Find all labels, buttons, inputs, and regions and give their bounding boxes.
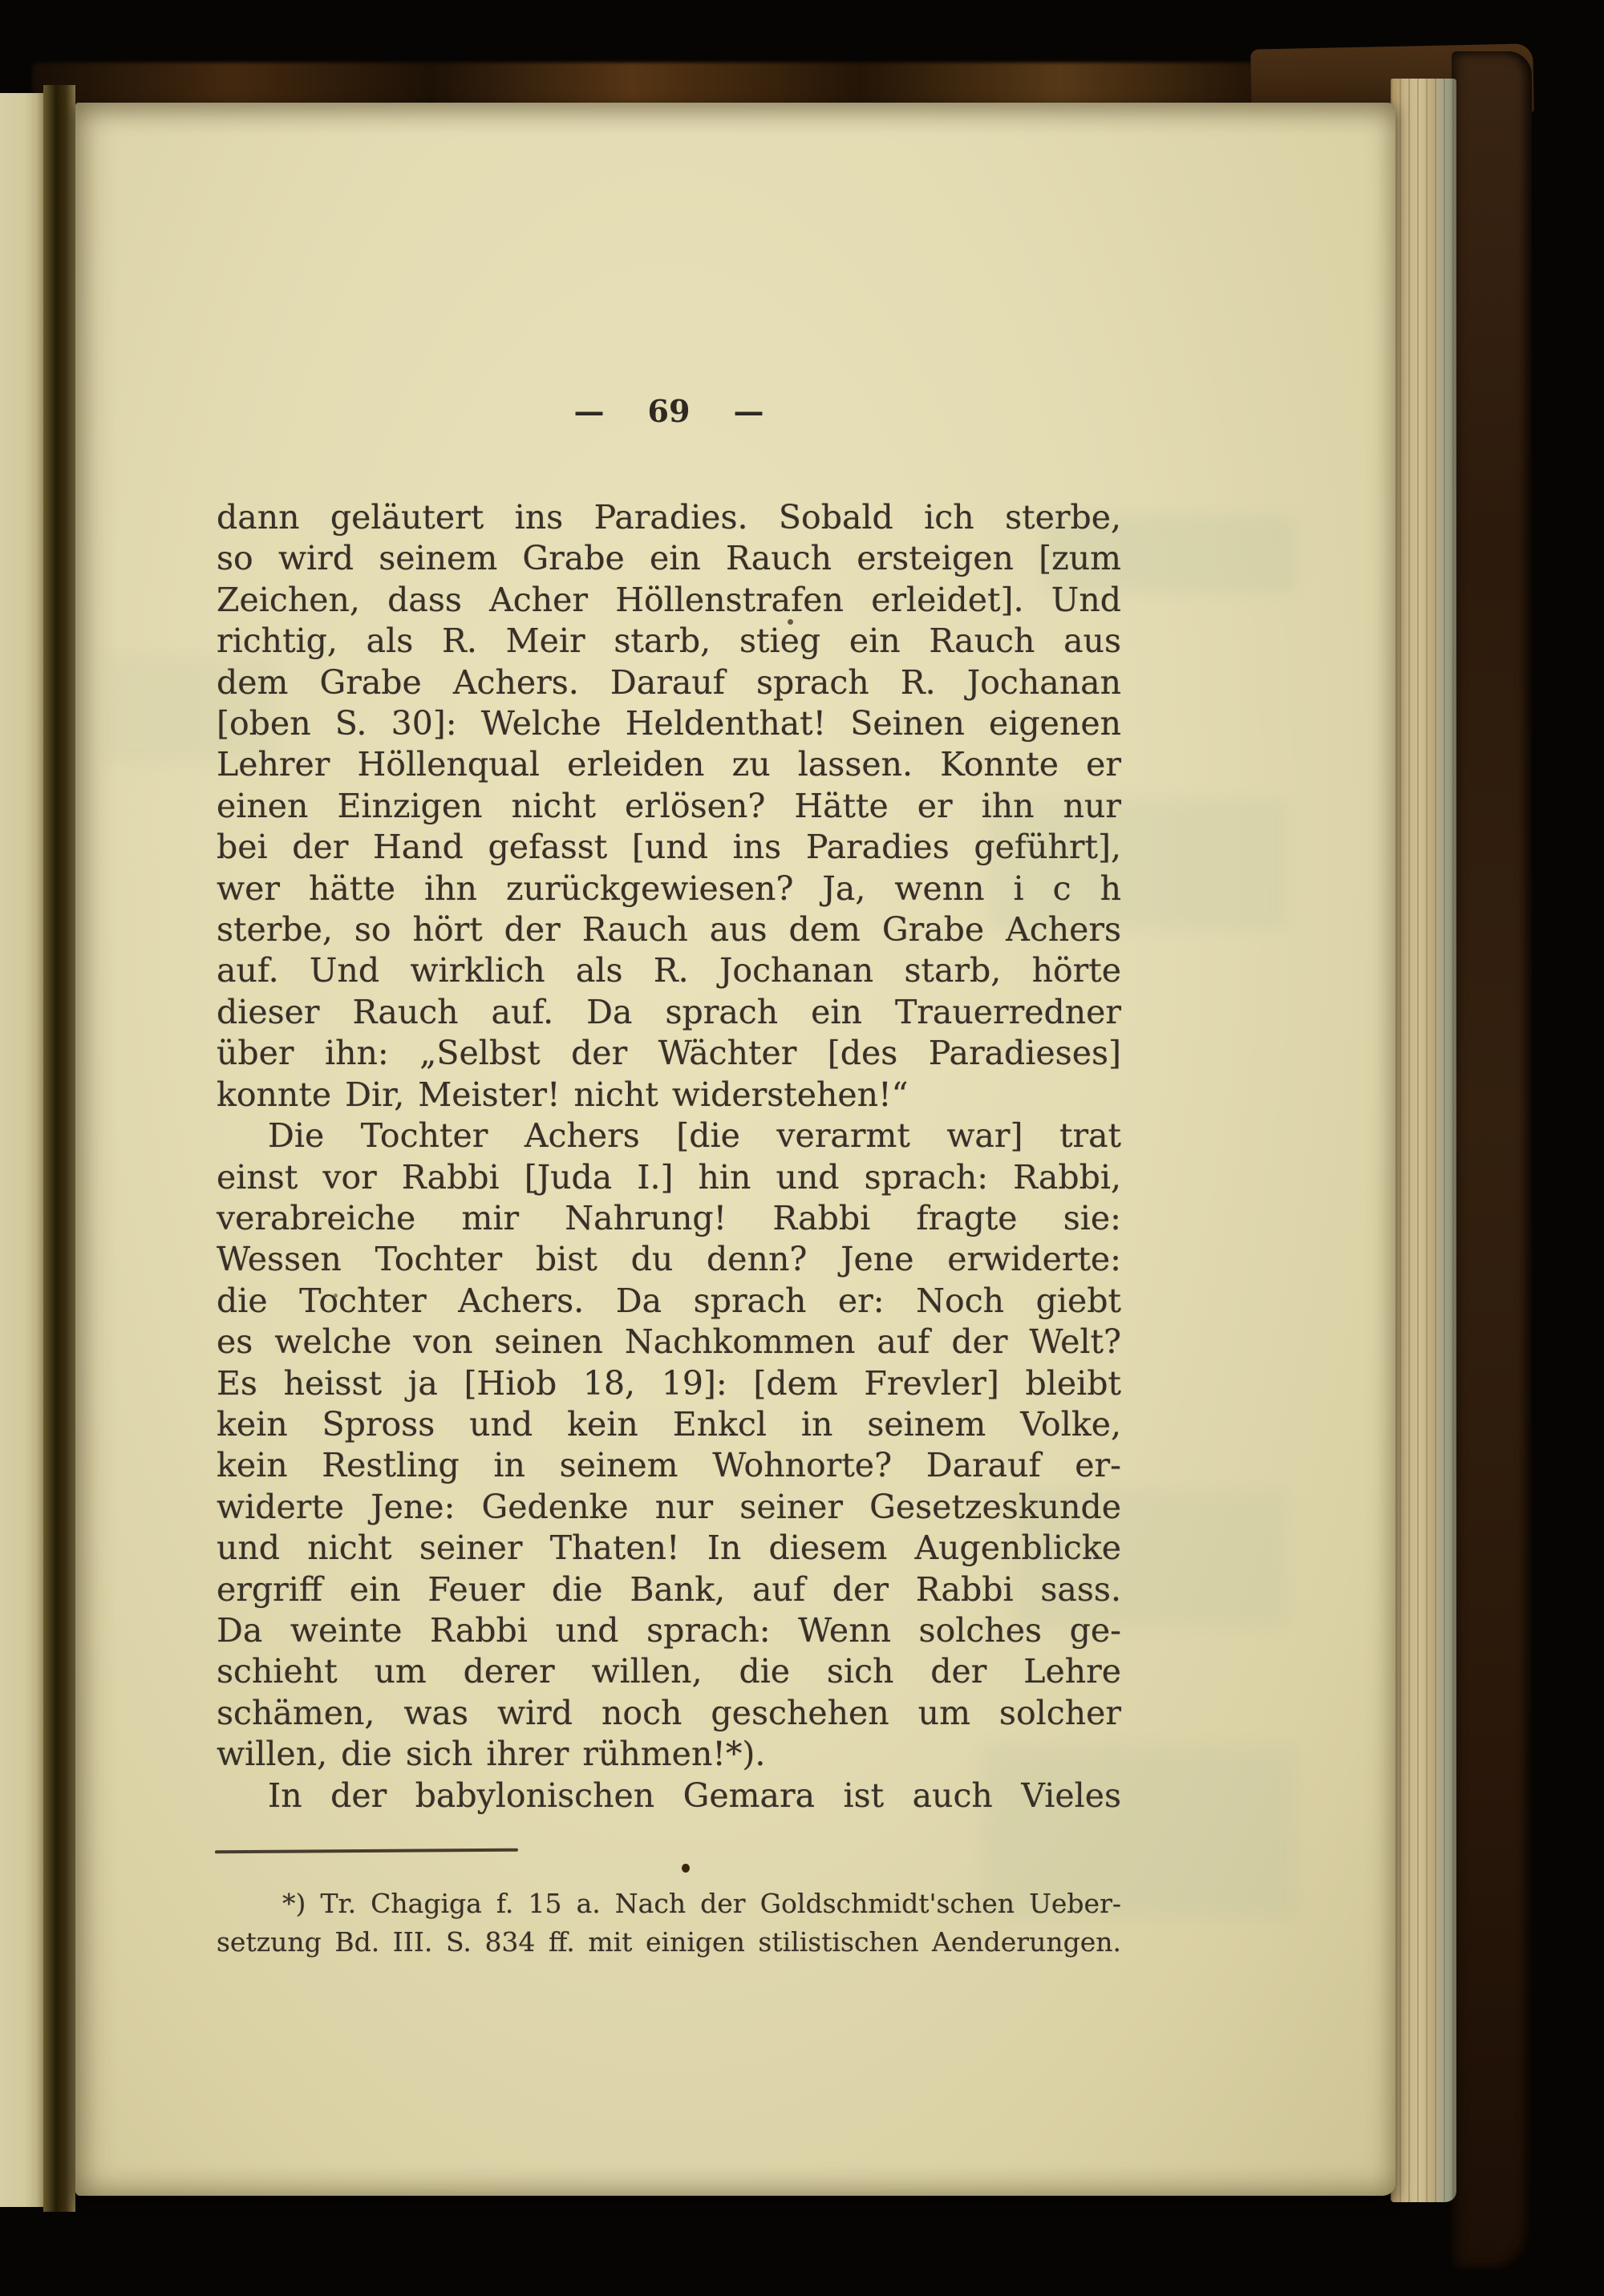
text-line: willen, die sich ihrer rühmen!*).	[217, 1734, 1121, 1775]
text-line: Lehrer Höllenqual erleiden zu lassen. Ko…	[217, 744, 1121, 785]
text-line: auf. Und wirklich als R. Jochanan starb,…	[217, 950, 1121, 991]
page-number-value: 69	[648, 393, 691, 429]
text-line: kein Restling in seinem Wohnorte? Darauf…	[217, 1445, 1121, 1486]
text-line: setzung Bd. III. S. 834 ff. mit einigen …	[217, 1923, 1121, 1962]
text-line: so wird seinem Grabe ein Rauch ersteigen…	[217, 538, 1121, 579]
text-line: es welche von seinen Nachkommen auf der …	[217, 1322, 1121, 1363]
paper-speck	[788, 619, 793, 625]
body-text: dann geläutert ins Paradies. Sobald ich …	[217, 497, 1121, 1816]
text-line: schieht um derer willen, die sich der Le…	[217, 1651, 1121, 1692]
text-line: schämen, was wird noch geschehen um solc…	[217, 1693, 1121, 1734]
text-line: Es heisst ja [Hiob 18, 19]: [dem Frevler…	[217, 1363, 1121, 1404]
page-number-dash-left: —	[574, 393, 605, 429]
text-line: In der babylonischen Gemara ist auch Vie…	[217, 1776, 1121, 1816]
text-line: sterbe, so hört der Rauch aus dem Grabe …	[217, 909, 1121, 950]
footnote-text: *) Tr. Chagiga f. 15 a. Nach der Goldsch…	[217, 1885, 1121, 1962]
book-page: — 69 — dann geläutert ins Paradies. Soba…	[75, 103, 1395, 2196]
text-line: kein Spross und kein Enkcl in seinem Vol…	[217, 1404, 1121, 1445]
text-line: bei der Hand gefasst [und ins Paradies g…	[217, 827, 1121, 868]
text-line: wer hätte ihn zurückgewiesen? Ja, wenn i…	[217, 869, 1121, 909]
text-line: die Tochter Achers. Da sprach er: Noch g…	[217, 1281, 1121, 1322]
page-stack-fore-edge	[1391, 79, 1456, 2202]
text-line: verabreiche mir Nahrung! Rabbi fragte si…	[217, 1198, 1121, 1239]
text-line: Zeichen, dass Acher Höllenstrafen erleid…	[217, 580, 1121, 621]
paper-speck	[334, 1294, 338, 1298]
text-line: ergriff ein Feuer die Bank, auf der Rabb…	[217, 1569, 1121, 1610]
ink-speck	[682, 1864, 690, 1873]
text-line: dem Grabe Achers. Darauf sprach R. Jocha…	[217, 662, 1121, 703]
text-line: konnte Dir, Meister! nicht widerstehen!“	[217, 1075, 1121, 1116]
text-line: Da weinte Rabbi und sprach: Wenn solches…	[217, 1610, 1121, 1651]
page-number: — 69 —	[217, 393, 1121, 429]
text-line: richtig, als R. Meir starb, stieg ein Ra…	[217, 621, 1121, 662]
text-line: [oben S. 30]: Welche Heldenthat! Seinen …	[217, 703, 1121, 744]
page-number-dash-right: —	[733, 393, 764, 429]
facing-page-edge	[0, 93, 45, 2207]
text-line: *) Tr. Chagiga f. 15 a. Nach der Goldsch…	[217, 1885, 1121, 1923]
text-line: Wessen Tochter bist du denn? Jene erwide…	[217, 1239, 1121, 1280]
text-line: einen Einzigen nicht erlösen? Hätte er i…	[217, 786, 1121, 827]
text-line: über ihn: „Selbst der Wächter [des Parad…	[217, 1033, 1121, 1074]
book-cover-right-board	[1452, 51, 1532, 2270]
text-line: einst vor Rabbi [Juda I.] hin und sprach…	[217, 1157, 1121, 1198]
text-line: Die Tochter Achers [die verarmt war] tra…	[217, 1116, 1121, 1156]
text-line: dann geläutert ins Paradies. Sobald ich …	[217, 497, 1121, 538]
text-line: widerte Jene: Gedenke nur seiner Gesetze…	[217, 1487, 1121, 1528]
gutter-shadow	[43, 85, 75, 2212]
book-cover-top-edge	[32, 63, 1460, 106]
book-photo-scene: — 69 — dann geläutert ins Paradies. Soba…	[0, 0, 1604, 2296]
text-line: und nicht seiner Thaten! In diesem Augen…	[217, 1528, 1121, 1569]
text-line: dieser Rauch auf. Da sprach ein Trauerre…	[217, 992, 1121, 1033]
footnote-rule	[215, 1849, 518, 1854]
